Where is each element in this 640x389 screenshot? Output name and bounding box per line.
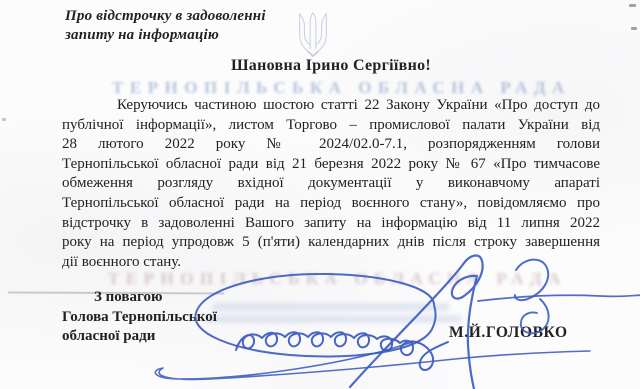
body-line: обмеження розгляду вхідної документації …: [62, 174, 600, 194]
scan-speck: [2, 118, 6, 121]
closing-block: З повагою Голова Тернопільської обласної…: [62, 288, 217, 347]
greeting-line: Шановна Ірино Сергіївно!: [0, 57, 640, 75]
body-line: публічної інформації», листом Торгово – …: [62, 116, 600, 136]
watermark-smudge: [204, 315, 462, 323]
body-line: Тернопільської обласної ради на період в…: [62, 194, 600, 214]
letter-body: Керуючись частиною шостою статті 22 Зако…: [62, 96, 600, 272]
body-line: відстрочку в задоволенні Вашого запиту н…: [62, 214, 600, 234]
body-line: Керуючись частиною шостою статті 22 Зако…: [62, 96, 600, 116]
scan-speck: [631, 27, 637, 30]
scan-speck: [629, 4, 636, 7]
body-line: Тернопільської обласної ради від 21 бере…: [62, 155, 600, 175]
signer-position-line-1: Голова Тернопільської: [62, 308, 217, 328]
body-line: 28 лютого 2022 року № 2024/02.0-7.1, роз…: [62, 135, 600, 155]
signer-name: М.Й.ГОЛОВКО: [449, 324, 568, 342]
closing-salutation: З повагою: [62, 288, 217, 308]
body-line: дії воєнного стану.: [62, 253, 600, 273]
watermark-smudge: [212, 303, 450, 311]
watermark-council-top: ТЕРНОПІЛЬСЬКА ОБЛАСНА РАДА: [112, 78, 571, 98]
scanned-letter-page: Про відстрочку в задоволенні запиту на і…: [0, 0, 640, 389]
body-line: року на період упродовж 5 (п'яти) календ…: [62, 233, 600, 253]
ukraine-trident-icon: [294, 11, 332, 58]
subject-line-2: запиту на інформацію: [65, 26, 266, 45]
subject-line-1: Про відстрочку в задоволенні: [65, 7, 266, 26]
signer-position-line-2: обласної ради: [62, 327, 217, 347]
subject-block: Про відстрочку в задоволенні запиту на і…: [65, 7, 266, 45]
